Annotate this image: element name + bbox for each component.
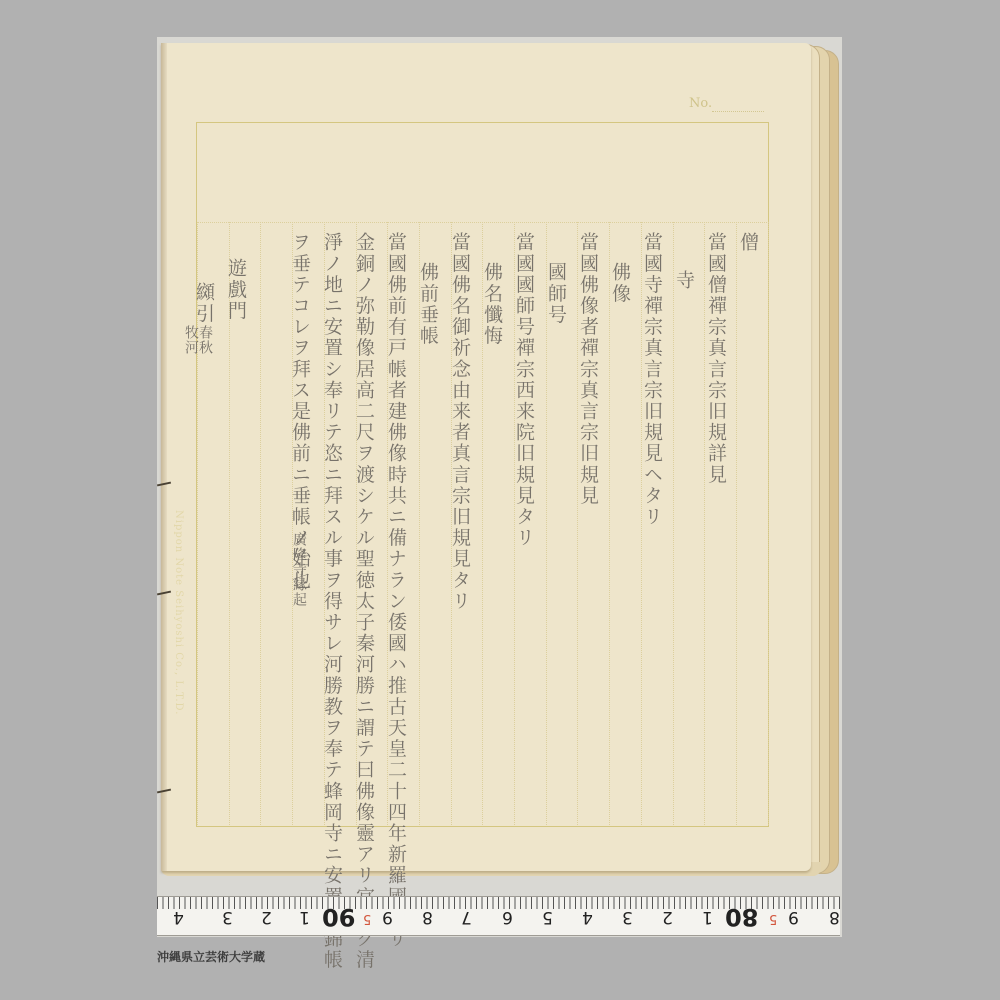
ruler-number: 9 (788, 907, 799, 927)
ruler-number: 1 (702, 907, 713, 927)
text-column-c10: 當國佛名御祈念由来者真言宗旧規見タリ (450, 232, 469, 612)
text-column-c11: 佛前垂帳 (418, 262, 437, 346)
ruler-number: 6 (502, 907, 513, 927)
text-column-c5: 佛像 (610, 262, 629, 304)
text-column-c3: 寺 (674, 270, 693, 291)
ruler-number: 5 (363, 911, 371, 926)
ruler-number: 2 (261, 907, 272, 927)
text-column-c17c: 牧河 (184, 325, 198, 355)
text-column-c9: 佛名懺悔 (482, 262, 501, 346)
ruler-number: 5 (769, 911, 777, 926)
page-number-label: No. (689, 96, 712, 111)
ruler-number: 2 (662, 907, 673, 927)
page-number-field (712, 111, 764, 112)
printer-watermark: Nippon Note Seihyoshi Co., L.T.D. (173, 510, 184, 715)
text-column-c8: 當國國師号禪宗西来院旧規見タリ (514, 232, 533, 549)
text-column-c6: 當國佛像者禪宗真言宗旧規見 (578, 232, 597, 506)
text-column-c2: 當國僧禪宗真言宗旧規詳見 (706, 232, 725, 485)
text-column-c4: 當國寺禪宗真言宗旧規見ヘタリ (642, 232, 661, 527)
ruler-number: 1 (299, 907, 310, 927)
binding-gutter (161, 43, 167, 871)
text-column-c1: 僧 (738, 232, 757, 253)
text-column-c16: 遊戲門 (226, 258, 245, 321)
ruler-number: 3 (222, 907, 233, 927)
column-rule (736, 222, 737, 825)
ruler-number: 4 (173, 907, 184, 927)
text-column-c12: 當國佛前有戸帳者建佛像時共ニ備ナラン倭國ハ推古天皇二十四年新羅國ヨリ (386, 232, 405, 949)
text-column-c17b: 春秋 (198, 325, 212, 355)
ruler-number: 9 (382, 907, 393, 927)
text-column-c17: 纐引 (194, 282, 213, 324)
text-column-c15b: 廣隆寺縁起 (292, 532, 306, 607)
measuring-scale: 432190598765432180598 (157, 896, 840, 936)
text-column-c13: 金銅ノ弥勒像居高二尺ヲ渡シケル聖徳太子秦河勝ニ謂テ曰佛像靈アリ宜シク清 (354, 232, 373, 971)
ruler-number: 4 (582, 907, 593, 927)
collection-credit: 沖縄県立芸術大学蔵 (157, 948, 265, 965)
column-rule (673, 222, 674, 825)
ruler-number: 8 (829, 907, 840, 927)
column-rule (260, 222, 261, 825)
ruler-number: 8 (422, 907, 433, 927)
column-rule (609, 222, 610, 825)
text-column-c14: 淨ノ地ニ安置シ奉リテ恣ニ拜スル事ヲ得サレ河勝教ヲ奉テ蜂岡寺ニ安置シ錦帳 (322, 232, 341, 971)
column-rule (768, 222, 769, 825)
ruler-number: 7 (461, 907, 472, 927)
text-column-c7: 國師号 (546, 262, 565, 325)
ruler-number: 90 (322, 903, 355, 931)
ruler-number: 3 (622, 907, 633, 927)
ruler-number: 5 (542, 907, 553, 927)
ruler-number: 80 (725, 903, 758, 931)
